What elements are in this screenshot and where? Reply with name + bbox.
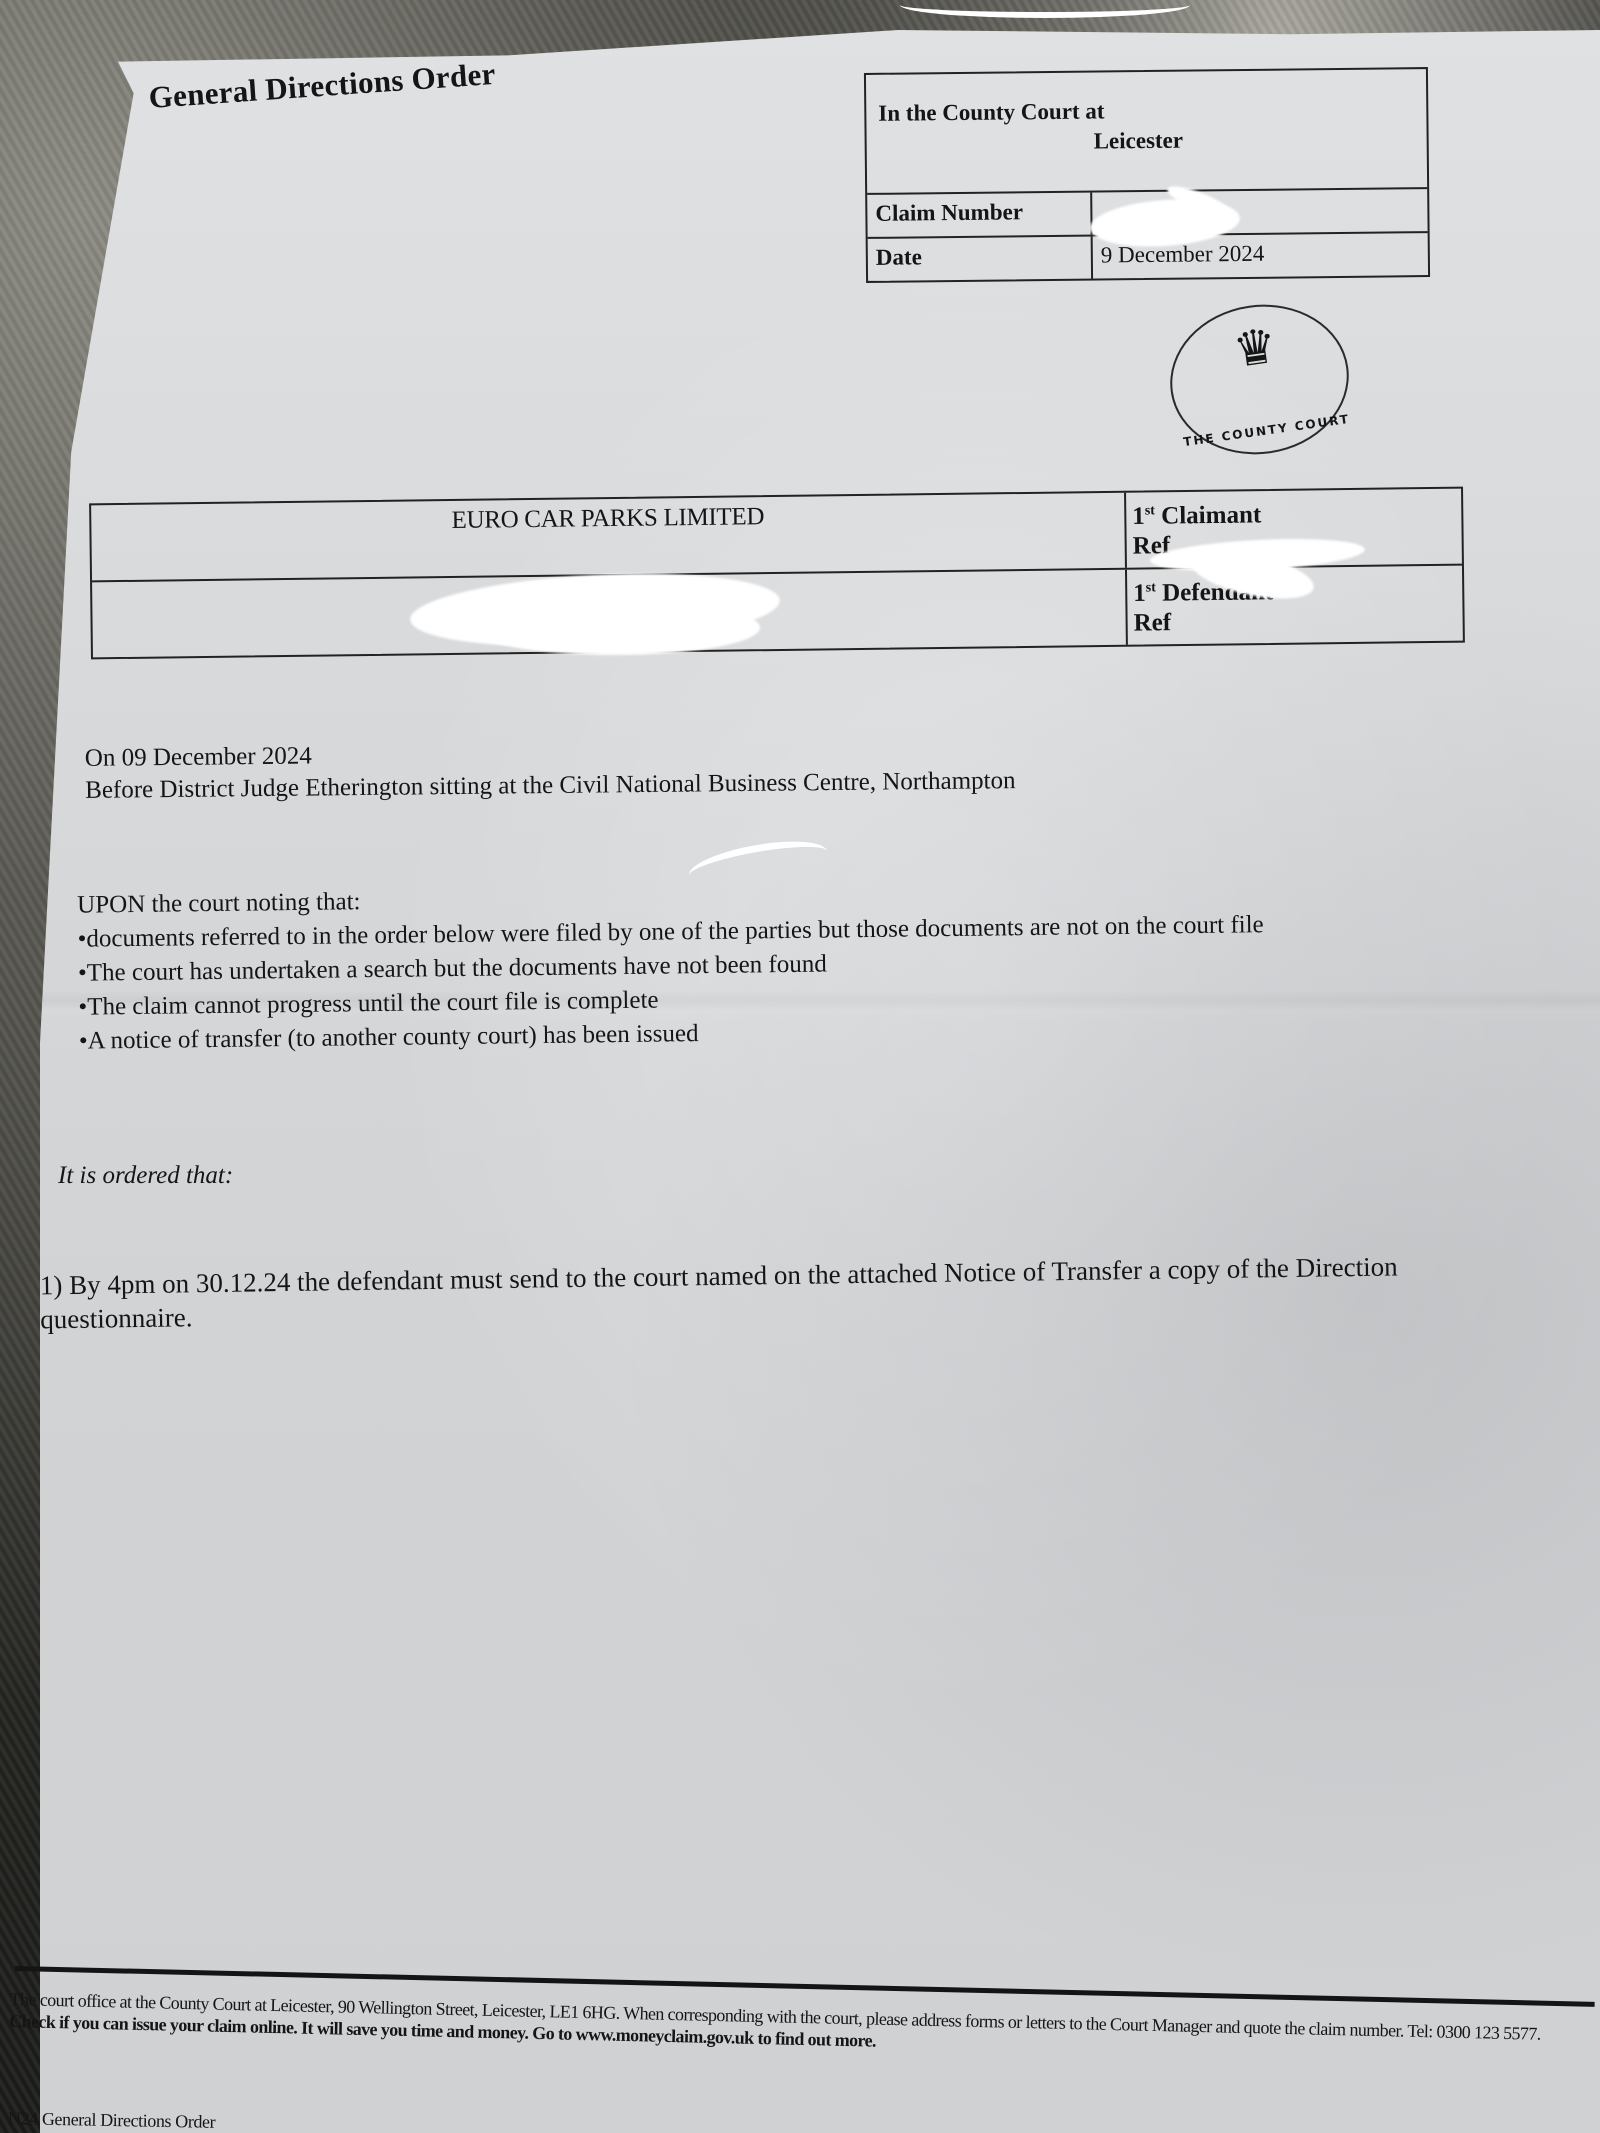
court-details-box: In the County Court at Leicester Claim N… <box>864 67 1430 283</box>
redaction-defendant-name-2 <box>470 600 760 655</box>
claimant-name: EURO CAR PARKS LIMITED <box>91 493 1127 581</box>
court-heading: In the County Court at Leicester <box>866 69 1427 195</box>
document-page <box>40 30 1600 2133</box>
recital-section: UPON the court noting that: documents re… <box>77 871 1499 1058</box>
date-label: Date <box>868 237 1093 281</box>
ordered-heading: It is ordered that: <box>58 1162 233 1190</box>
court-location: Leicester <box>1094 125 1415 154</box>
defendant-ref-label: Ref <box>1133 610 1171 637</box>
form-identifier: N24 General Directions Order <box>8 2108 216 2133</box>
claim-number-label: Claim Number <box>867 193 1092 237</box>
crown-icon: ♛ <box>1231 323 1280 377</box>
hearing-details: On 09 December 2024 Before District Judg… <box>85 733 1016 807</box>
court-heading-text: In the County Court at <box>878 98 1104 125</box>
recital-list: documents referred to in the order below… <box>77 905 1499 1058</box>
